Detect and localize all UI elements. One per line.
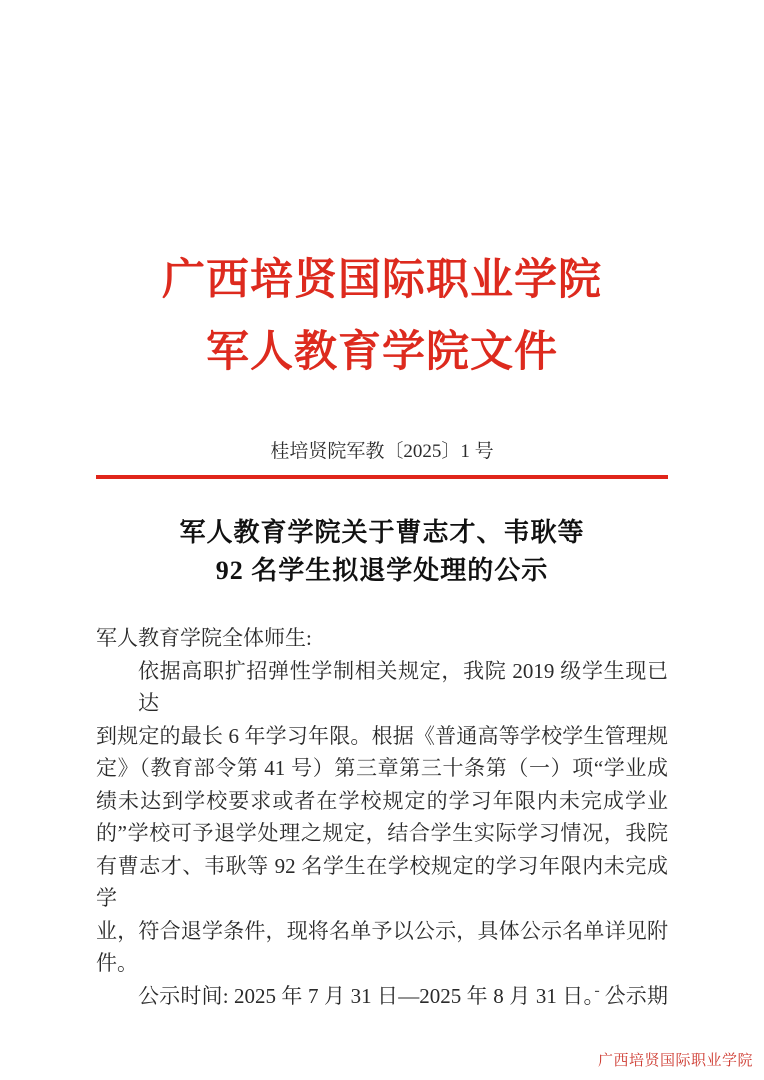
red-divider-rule — [96, 475, 668, 479]
body-line: 公示时间: 2025 年 7 月 31 日—2025 年 8 月 31 日。公示… — [96, 980, 668, 1013]
salutation: 军人教育学院全体师生: — [96, 622, 668, 655]
body-line: 件。 — [96, 947, 668, 980]
body-line: 业，符合退学条件，现将名单予以公示，具体公示名单详见附 — [96, 915, 668, 948]
org-title-line2: 军人教育学院文件 — [0, 328, 764, 378]
body-line: 到规定的最长 6 年学习年限。根据《普通高等学校学生管理规 — [96, 720, 668, 753]
body-line: 的”学校可予退学处理之规定，结合学生实际学习情况，我院 — [96, 817, 668, 850]
doc-title: 军人教育学院关于曹志才、韦耿等 92 名学生拟退学处理的公示 — [0, 514, 764, 590]
body-line: 定》（教育部令第 41 号）第三章第三十条第（一）项“学业成 — [96, 752, 668, 785]
site-watermark: 广西培贤国际职业学院 — [598, 1049, 753, 1070]
body-line: 绩未达到学校要求或者在学校规定的学习年限内未完成学业 — [96, 785, 668, 818]
doc-title-line1: 军人教育学院关于曹志才、韦耿等 — [179, 518, 584, 547]
body-line: 有曹志才、韦耿等 92 名学生在学校规定的学习年限内未完成学 — [96, 850, 668, 915]
doc-title-line2: 92 名学生拟退学处理的公示 — [216, 556, 549, 585]
org-title-line1: 广西培贤国际职业学院 — [0, 256, 764, 306]
body-paragraphs: 依据高职扩招弹性学制相关规定，我院 2019 级学生现已达到规定的最长 6 年学… — [96, 655, 668, 1013]
document-body: 军人教育学院全体师生: 依据高职扩招弹性学制相关规定，我院 2019 级学生现已… — [96, 622, 668, 1012]
body-line: 依据高职扩招弹性学制相关规定，我院 2019 级学生现已达 — [96, 655, 668, 720]
document-page: 广西培贤国际职业学院 军人教育学院文件 桂培贤院军教〔2025〕1 号 军人教育… — [0, 0, 764, 1080]
doc-number: 桂培贤院军教〔2025〕1 号 — [0, 440, 764, 464]
page-number: - 1 - — [594, 982, 646, 1000]
